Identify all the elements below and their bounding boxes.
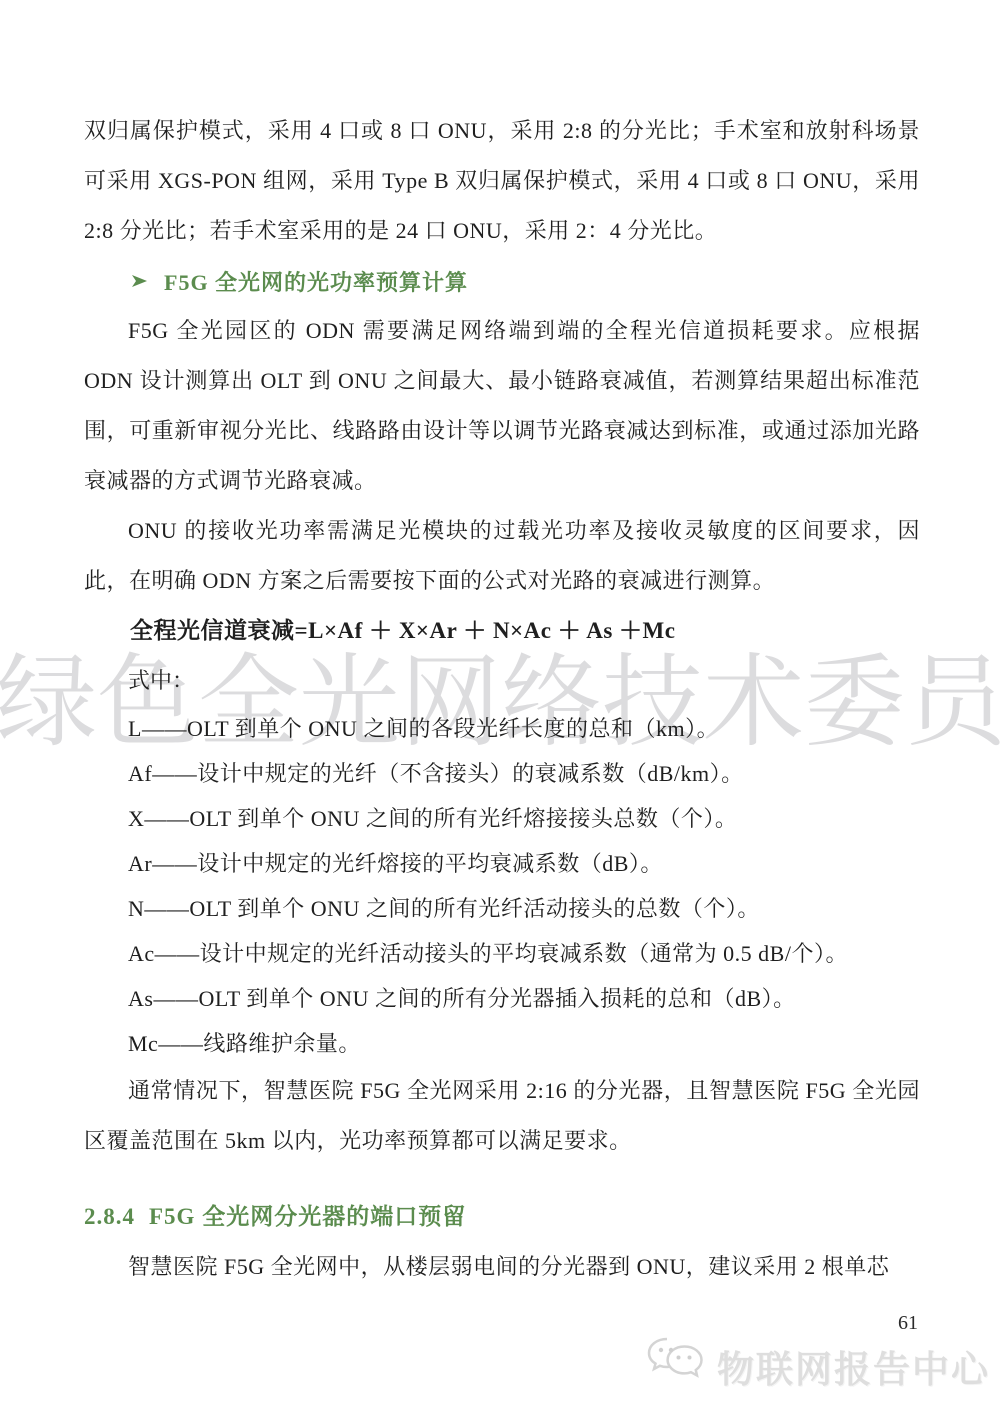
arrow-bullet-icon: [130, 271, 150, 291]
logo-text: 物联网报告中心: [717, 1339, 990, 1393]
wechat-icon: [645, 1335, 709, 1396]
definition-As: As——OLT 到单个 ONU 之间的所有分光器插入损耗的总和（dB）。: [84, 976, 920, 1021]
iot-report-center-logo: 物联网报告中心: [645, 1335, 990, 1396]
definition-N: N——OLT 到单个 ONU 之间的所有光纤活动接头的总数（个）。: [84, 886, 920, 931]
paragraph-port-reserve: 智慧医院 F5G 全光网中，从楼层弱电间的分光器到 ONU，建议采用 2 根单芯: [84, 1242, 920, 1292]
formula-intro-label: 式中：: [84, 656, 920, 706]
definition-Af: Af——设计中规定的光纤（不含接头）的衰减系数（dB/km）。: [84, 751, 920, 796]
document-page: 绿色全光网络技术委员会 双归属保护模式，采用 4 口或 8 口 ONU，采用 2…: [0, 0, 1000, 1404]
paragraph-onu-power: ONU 的接收光功率需满足光模块的过载光功率及接收灵敏度的区间要求，因此，在明确…: [84, 506, 920, 606]
section-title: F5G 全光网分光器的端口预留: [149, 1204, 466, 1229]
page-number: 61: [898, 1312, 918, 1335]
definition-Ar: Ar——设计中规定的光纤熔接的平均衰减系数（dB）。: [84, 841, 920, 886]
section-heading-2-8-4: 2.8.4F5G 全光网分光器的端口预留: [84, 1192, 920, 1242]
definition-L: L——OLT 到单个 ONU 之间的各段光纤长度的总和（km）。: [84, 706, 920, 751]
definition-Ac: Ac——设计中规定的光纤活动接头的平均衰减系数（通常为 0.5 dB/个）。: [84, 931, 920, 976]
definition-Mc: Mc——线路维护余量。: [84, 1021, 920, 1066]
attenuation-formula: 全程光信道衰减=L×Af ＋ X×Ar ＋ N×Ac ＋ As ＋Mc: [84, 606, 920, 656]
bullet-heading-label: F5G 全光网的光功率预算计算: [164, 266, 468, 297]
paragraph-odn-budget: F5G 全光园区的 ODN 需要满足网络端到端的全程光信道损耗要求。应根据 OD…: [84, 306, 920, 506]
paragraph-dual-homing: 双归属保护模式，采用 4 口或 8 口 ONU，采用 2:8 的分光比；手术室和…: [84, 106, 920, 256]
section-number: 2.8.4: [84, 1204, 135, 1229]
page-content: 双归属保护模式，采用 4 口或 8 口 ONU，采用 2:8 的分光比；手术室和…: [0, 0, 1000, 1292]
definition-X: X——OLT 到单个 ONU 之间的所有光纤熔接接头总数（个）。: [84, 796, 920, 841]
paragraph-splitter-usual: 通常情况下，智慧医院 F5G 全光网采用 2:16 的分光器，且智慧医院 F5G…: [84, 1066, 920, 1166]
formula-definitions-list: L——OLT 到单个 ONU 之间的各段光纤长度的总和（km）。 Af——设计中…: [84, 706, 920, 1066]
bullet-heading-power-budget: F5G 全光网的光功率预算计算: [130, 256, 920, 306]
